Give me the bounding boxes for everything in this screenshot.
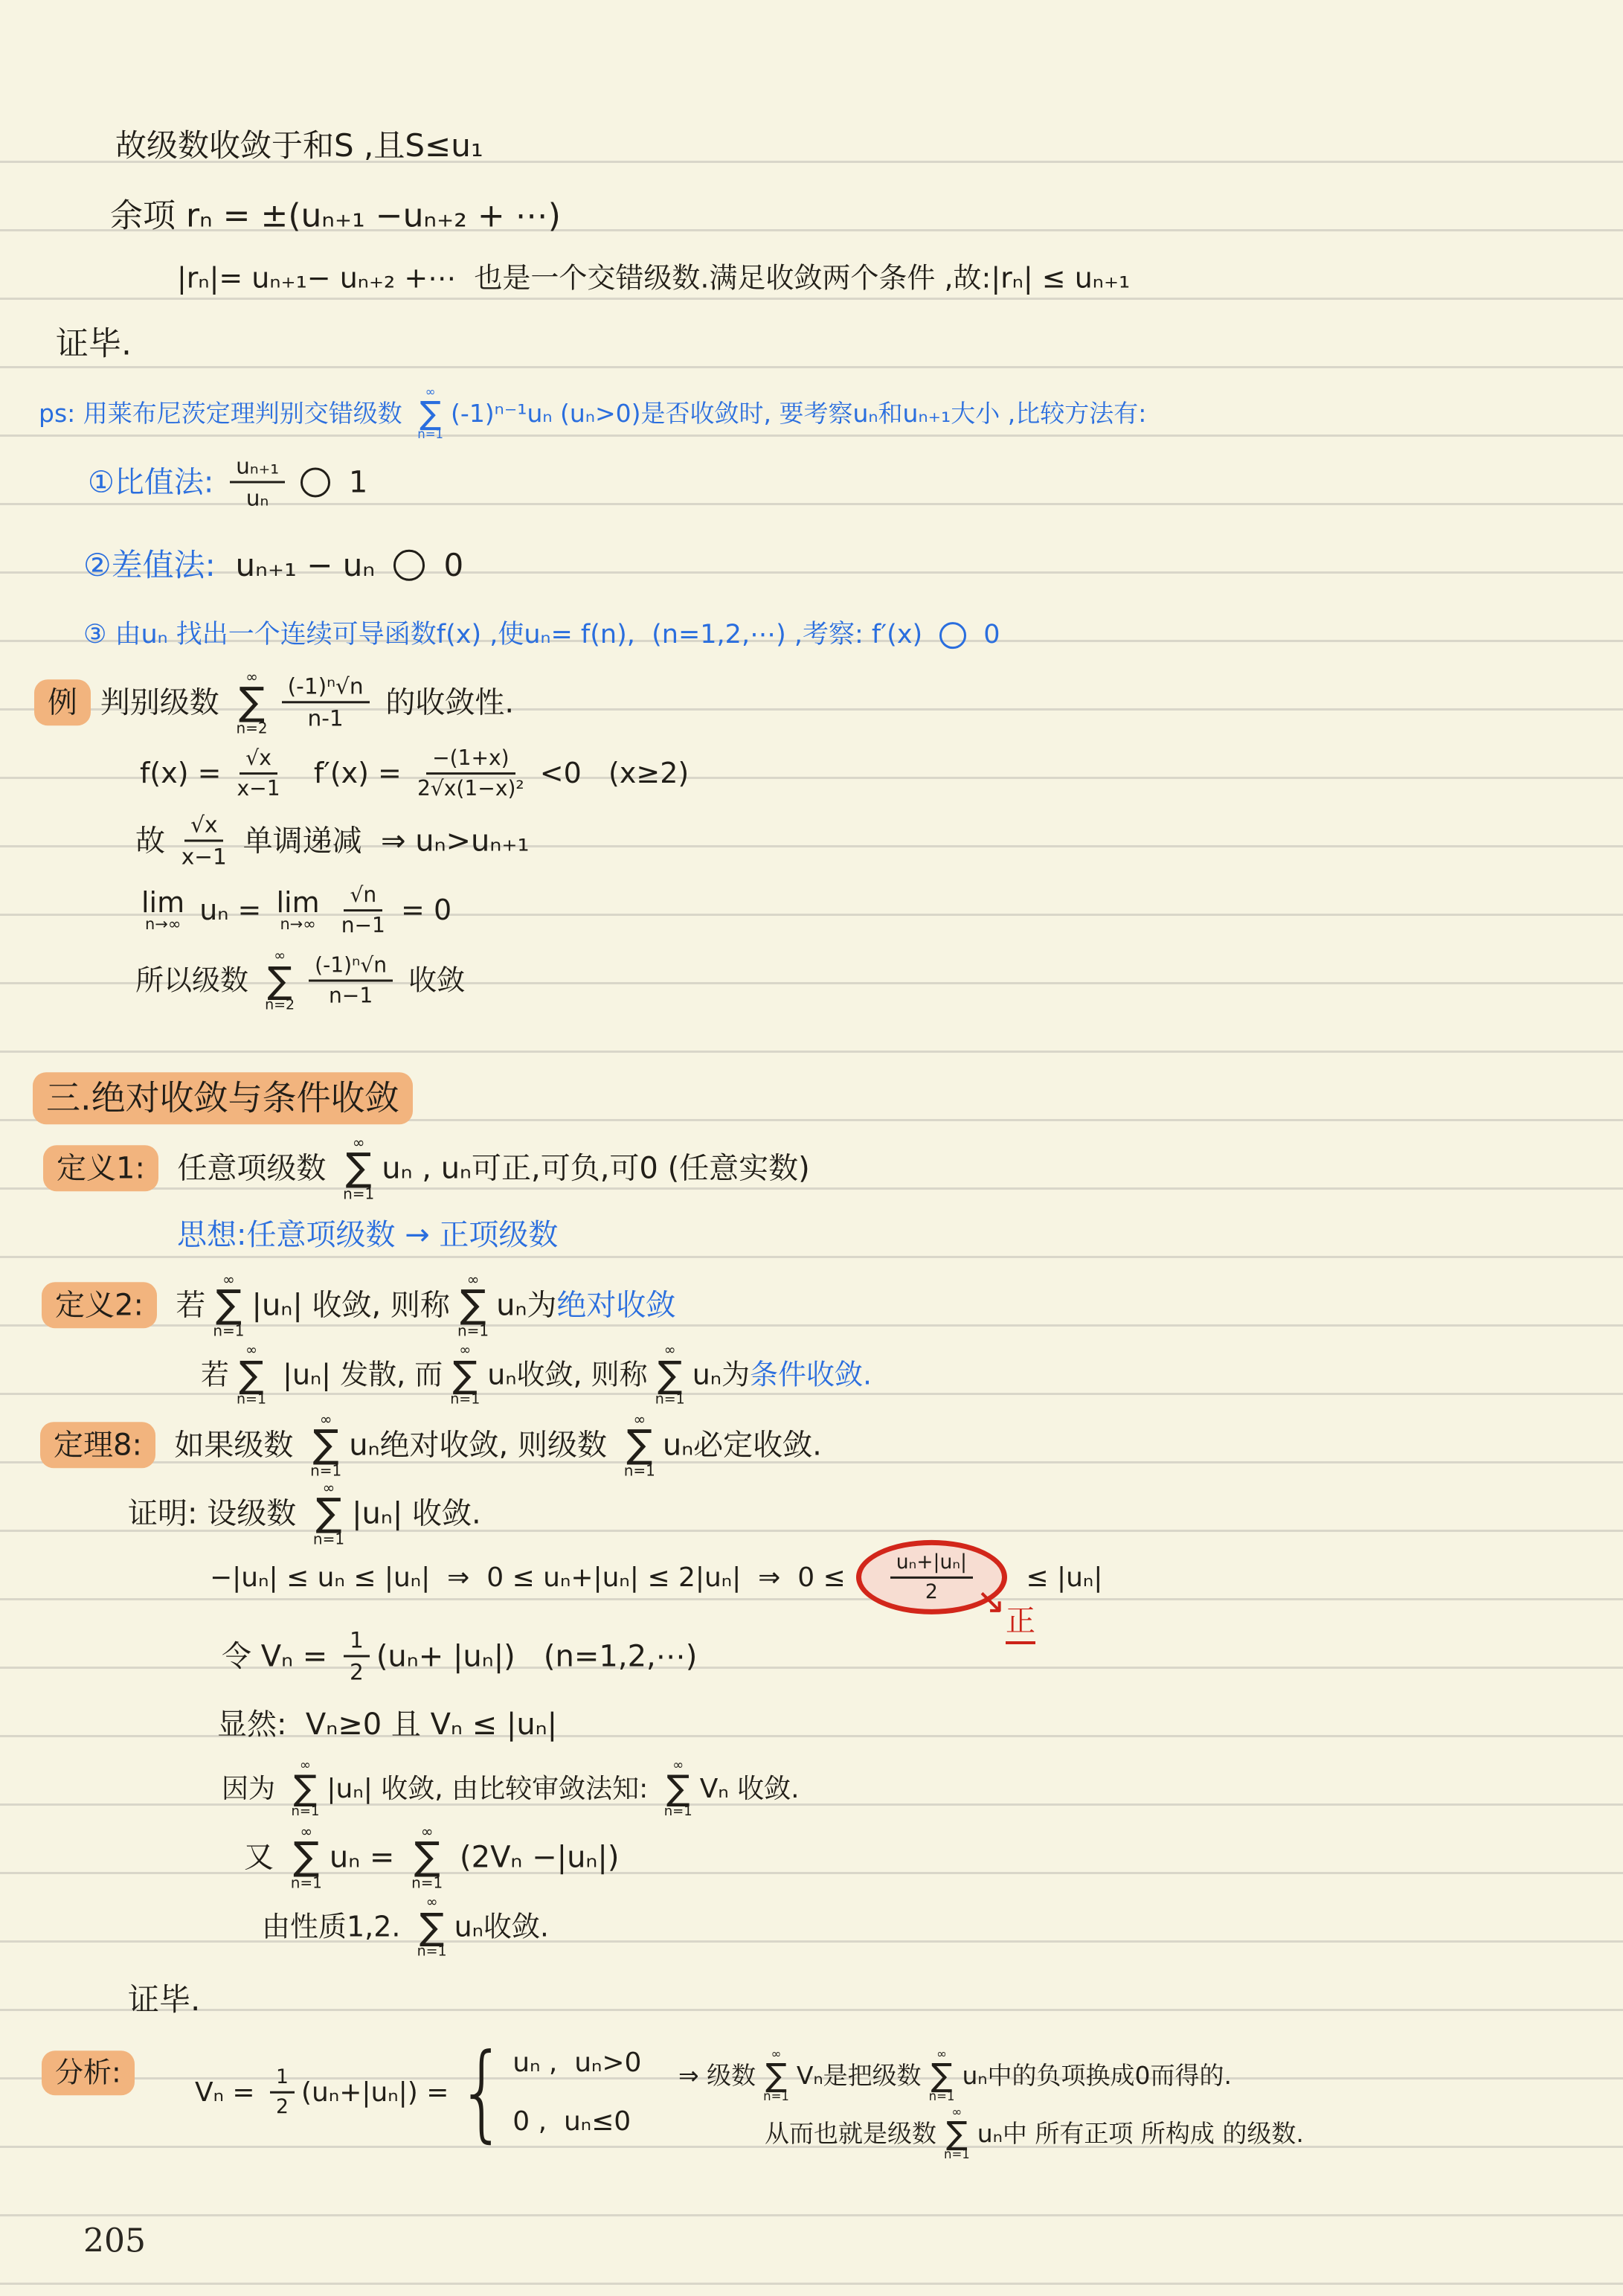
note-line: |rₙ|= uₙ₊₁− uₙ₊₂ +⋯ 也是一个交错级数.满足收敛两个条件 ,故…	[177, 260, 1130, 296]
note-text: 因为	[222, 1771, 283, 1805]
highlight-label: 例	[34, 679, 91, 725]
note-line: ①比值法: uₙ₊₁uₙ 1	[88, 453, 367, 510]
note-text: Vₙ =	[195, 2076, 263, 2109]
note-text: 0	[434, 546, 463, 586]
red-arrow-icon: ↘	[976, 1579, 1006, 1623]
note-text: 又	[244, 1838, 283, 1876]
note-text: ps: 用莱布尼茨定理判别交错级数	[39, 398, 410, 429]
summation-symbol: ∞∑n=1	[655, 1344, 685, 1407]
note-text: Vₙ是把级数	[797, 2060, 922, 2091]
fraction: √xx−1	[181, 812, 227, 869]
note-line: ⇒ 级数∞∑n=1Vₙ是把级数∞∑n=1uₙ中的负项换成0而得的.	[678, 2048, 1232, 2103]
note-text: (-1)ⁿ⁻¹uₙ (uₙ>0)是否收敛时, 要考察uₙ和uₙ₊₁大小 ,比较方…	[451, 398, 1146, 429]
note-line: 故级数收敛于和S ,且S≤u₁	[115, 126, 483, 166]
note-text: Vₙ 收敛.	[700, 1771, 800, 1805]
highlight-label: 定义1:	[43, 1145, 158, 1191]
fraction: 12	[344, 1627, 370, 1684]
note-text: 证毕.	[56, 324, 132, 365]
note-text: ⇒ 级数	[678, 2060, 756, 2091]
note-text: (2Vₙ −|uₙ|)	[450, 1838, 619, 1876]
note-text: = 0	[392, 893, 451, 929]
note-text: uₙ必定收敛.	[663, 1426, 822, 1463]
note-text: 显然: Vₙ≥0 且 Vₙ ≤ |uₙ|	[217, 1706, 557, 1743]
blank-circle-icon	[939, 622, 966, 649]
note-line: 因为 ∞∑n=1|uₙ| 收敛, 由比较审敛法知: ∞∑n=1Vₙ 收敛.	[222, 1759, 800, 1818]
note-text: 若	[157, 1286, 205, 1324]
note-text	[326, 893, 335, 929]
note-text: 从而也就是级数	[765, 2118, 936, 2149]
fraction: √xx−1	[237, 746, 280, 801]
note-text: uₙ₊₁ − uₙ	[225, 546, 385, 586]
note-text: 0	[975, 619, 1000, 652]
note-line: 三.绝对收敛与条件收敛	[33, 1072, 413, 1124]
note-line: 又 ∞∑n=1uₙ = ∞∑n=1 (2Vₙ −|uₙ|)	[244, 1824, 619, 1890]
note-line: ③ 由uₙ 找出一个连续可导函数f(x) ,使uₙ= f(n), (n=1,2,…	[83, 619, 1000, 652]
note-line: 显然: Vₙ≥0 且 Vₙ ≤ |uₙ|	[217, 1706, 557, 1743]
summation-symbol: ∞∑n=1	[237, 1344, 266, 1407]
note-line: 由性质1,2. ∞∑n=1uₙ收敛.	[262, 1896, 549, 1959]
summation-symbol: ∞∑n=1	[624, 1411, 655, 1478]
note-line: 思想:任意项级数 → 正项级数	[177, 1216, 558, 1254]
note-text: uₙ =	[330, 1838, 404, 1876]
note-text: 绝对收敛	[556, 1286, 675, 1324]
note-line: 定理8: 如果级数 ∞∑n=1uₙ绝对收敛, 则级数 ∞∑n=1uₙ必定收敛.	[40, 1411, 822, 1478]
note-text: f(x) =	[140, 756, 231, 792]
note-line: 定义1: 任意项级数 ∞∑n=1uₙ , uₙ可正,可负,可0 (任意实数)	[43, 1135, 810, 1201]
note-line: 故 √xx−1 单调递减 ⇒ uₙ>uₙ₊₁	[135, 812, 529, 869]
note-text: 余项 rₙ = ±(uₙ₊₁ −uₙ₊₂ + ⋯)	[110, 196, 561, 237]
notebook-page: 205 故级数收敛于和S ,且S≤u₁余项 rₙ = ±(uₙ₊₁ −uₙ₊₂ …	[0, 0, 1623, 2296]
fraction: uₙ+|uₙ|2	[890, 1551, 973, 1603]
note-text: 1	[339, 464, 367, 501]
summation-symbol: ∞∑n=1	[664, 1759, 692, 1818]
note-line: 证明: 设级数 ∞∑n=1|uₙ| 收敛.	[128, 1480, 481, 1546]
note-line: −|uₙ| ≤ uₙ ≤ |uₙ| ⇒ 0 ≤ uₙ+|uₙ| ≤ 2|uₙ| …	[210, 1540, 1102, 1614]
summation-symbol: ∞∑n=1	[457, 1272, 489, 1338]
note-text: uₙ , uₙ可正,可负,可0 (任意实数)	[382, 1149, 810, 1187]
summation-symbol: ∞∑n=1	[343, 1135, 374, 1201]
summation-symbol: ∞∑n=1	[929, 2048, 955, 2103]
note-text: 任意项级数	[158, 1149, 335, 1187]
note-text: uₙ绝对收敛, 则级数	[349, 1426, 616, 1463]
note-text: uₙ中的负项换成0而得的.	[962, 2060, 1232, 2091]
note-line: f(x) = √xx−1 f′(x) = −(1+x)2√x(1−x)² <0 …	[140, 746, 689, 801]
summation-symbol: ∞∑n=1	[313, 1480, 344, 1546]
note-line: 证毕.	[56, 324, 132, 365]
fraction: −(1+x)2√x(1−x)²	[417, 746, 524, 801]
summation-symbol: ∞∑n=1	[291, 1759, 319, 1818]
note-line: 例 判别级数 ∞∑n=2(-1)ⁿ√nn-1 的收敛性.	[34, 669, 514, 735]
highlight-label: 定理8:	[40, 1422, 155, 1468]
fraction: (-1)ⁿ√nn−1	[309, 953, 393, 1008]
note-text: 故级数收敛于和S ,且S≤u₁	[115, 126, 483, 166]
summation-symbol: ∞∑n=1	[411, 1824, 443, 1890]
note-line: 所以级数 ∞∑n=2(-1)ⁿ√nn−1 收敛	[135, 949, 465, 1013]
note-text: 证毕.	[128, 1981, 200, 2020]
highlight-label: 定义2:	[42, 1282, 157, 1328]
summation-symbol: ∞∑n=1	[763, 2048, 789, 2103]
note-text: 条件收敛.	[750, 1357, 872, 1393]
note-text: 证明: 设级数	[128, 1495, 306, 1532]
blank-circle-icon	[393, 550, 425, 581]
note-line: ps: 用莱布尼茨定理判别交错级数 ∞∑n=1(-1)ⁿ⁻¹uₙ (uₙ>0)是…	[39, 386, 1146, 441]
note-text: 思想:任意项级数 → 正项级数	[177, 1216, 558, 1254]
note-text: (uₙ+|uₙ|) =	[301, 2076, 457, 2109]
note-line: 若∞∑n=1 |uₙ| 发散, 而∞∑n=1uₙ收敛, 则称∞∑n=1uₙ为条件…	[201, 1344, 872, 1407]
note-line: 分析:	[42, 2050, 135, 2095]
note-text: uₙ收敛, 则称	[487, 1357, 647, 1393]
page-number: 205	[83, 2222, 146, 2260]
highlight-label: 三.绝对收敛与条件收敛	[33, 1072, 413, 1124]
note-line: 令 Vₙ = 12(uₙ+ |uₙ|) (n=1,2,⋯)	[222, 1627, 697, 1684]
note-text: |uₙ| 收敛.	[352, 1495, 481, 1532]
note-text: 判别级数	[91, 684, 228, 721]
note-text: 收敛	[399, 963, 465, 998]
note-line: limn→∞ uₙ = limn→∞ √nn−1 = 0	[135, 883, 451, 938]
note-text: ③ 由uₙ 找出一个连续可导函数f(x) ,使uₙ= f(n), (n=1,2,…	[83, 619, 931, 652]
note-text: |rₙ|= uₙ₊₁− uₙ₊₂ +⋯ 也是一个交错级数.满足收敛两个条件 ,故…	[177, 260, 1130, 296]
note-text: 故	[135, 822, 175, 859]
summation-symbol: ∞∑n=1	[291, 1824, 322, 1890]
limit-symbol: limn→∞	[276, 889, 319, 933]
note-text: 如果级数	[155, 1426, 303, 1463]
note-text: 由性质1,2.	[262, 1909, 410, 1945]
note-text: ↘	[976, 1579, 1006, 1623]
note-text: uₙ为	[692, 1357, 750, 1393]
summation-symbol: ∞∑n=1	[450, 1344, 480, 1407]
note-line: 从而也就是级数∞∑n=1uₙ中 所有正项 所构成 的级数.	[765, 2106, 1304, 2161]
highlight-label: 分析:	[42, 2050, 135, 2095]
note-text: 令 Vₙ =	[222, 1638, 337, 1675]
red-positive-label: 正	[1006, 1603, 1035, 1644]
blank-circle-icon	[301, 467, 330, 497]
note-text: ①比值法:	[88, 464, 223, 501]
note-text: ②差值法:	[83, 546, 225, 586]
note-text: f′(x) =	[287, 756, 411, 792]
note-text: |uₙ| 发散, 而	[274, 1357, 443, 1393]
note-text: |uₙ| 收敛, 由比较审敛法知:	[327, 1771, 656, 1805]
note-text: 所以级数	[135, 963, 257, 998]
summation-symbol: ∞∑n=2	[265, 949, 295, 1013]
note-line: ②差值法: uₙ₊₁ − uₙ 0	[83, 546, 463, 586]
note-text: uₙ =	[190, 893, 270, 929]
fraction: (-1)ⁿ√nn-1	[282, 673, 370, 731]
summation-symbol: ∞∑n=1	[417, 386, 443, 441]
note-text: uₙ中 所有正项 所构成 的级数.	[977, 2118, 1304, 2149]
note-text: −|uₙ| ≤ uₙ ≤ |uₙ| ⇒ 0 ≤ uₙ+|uₙ| ≤ 2|uₙ| …	[210, 1561, 846, 1594]
limit-symbol: limn→∞	[141, 889, 184, 933]
fraction: 12	[270, 2066, 295, 2118]
piecewise-cases: {uₙ , uₙ>00 , uₙ≤0	[457, 2044, 642, 2141]
note-text: ≤ |uₙ|	[1018, 1561, 1102, 1594]
note-text: (uₙ+ |uₙ|) (n=1,2,⋯)	[376, 1638, 698, 1675]
note-text: 的收敛性.	[376, 684, 514, 721]
note-text: uₙ收敛.	[454, 1909, 549, 1945]
note-text: 单调递减 ⇒ uₙ>uₙ₊₁	[234, 822, 530, 859]
note-text: 正	[1006, 1603, 1035, 1644]
fraction: √nn−1	[341, 883, 385, 938]
summation-symbol: ∞∑n=1	[310, 1411, 341, 1478]
summation-symbol: ∞∑n=2	[236, 669, 267, 735]
note-text: uₙ为	[496, 1286, 556, 1324]
note-text: 若	[201, 1357, 229, 1393]
note-line: 余项 rₙ = ±(uₙ₊₁ −uₙ₊₂ + ⋯)	[110, 196, 561, 237]
summation-symbol: ∞∑n=1	[417, 1896, 447, 1959]
fraction: uₙ₊₁uₙ	[230, 453, 285, 510]
summation-symbol: ∞∑n=1	[213, 1272, 244, 1338]
note-text: <0 (x≥2)	[531, 756, 690, 792]
note-line: Vₙ = 12(uₙ+|uₙ|) = {uₙ , uₙ>00 , uₙ≤0	[195, 2044, 641, 2141]
note-line: 证毕.	[128, 1981, 200, 2020]
note-line: 定义2: 若∞∑n=1|uₙ| 收敛, 则称∞∑n=1uₙ为绝对收敛	[42, 1272, 675, 1338]
note-text: |uₙ| 收敛, 则称	[252, 1286, 450, 1324]
summation-symbol: ∞∑n=1	[944, 2106, 970, 2161]
